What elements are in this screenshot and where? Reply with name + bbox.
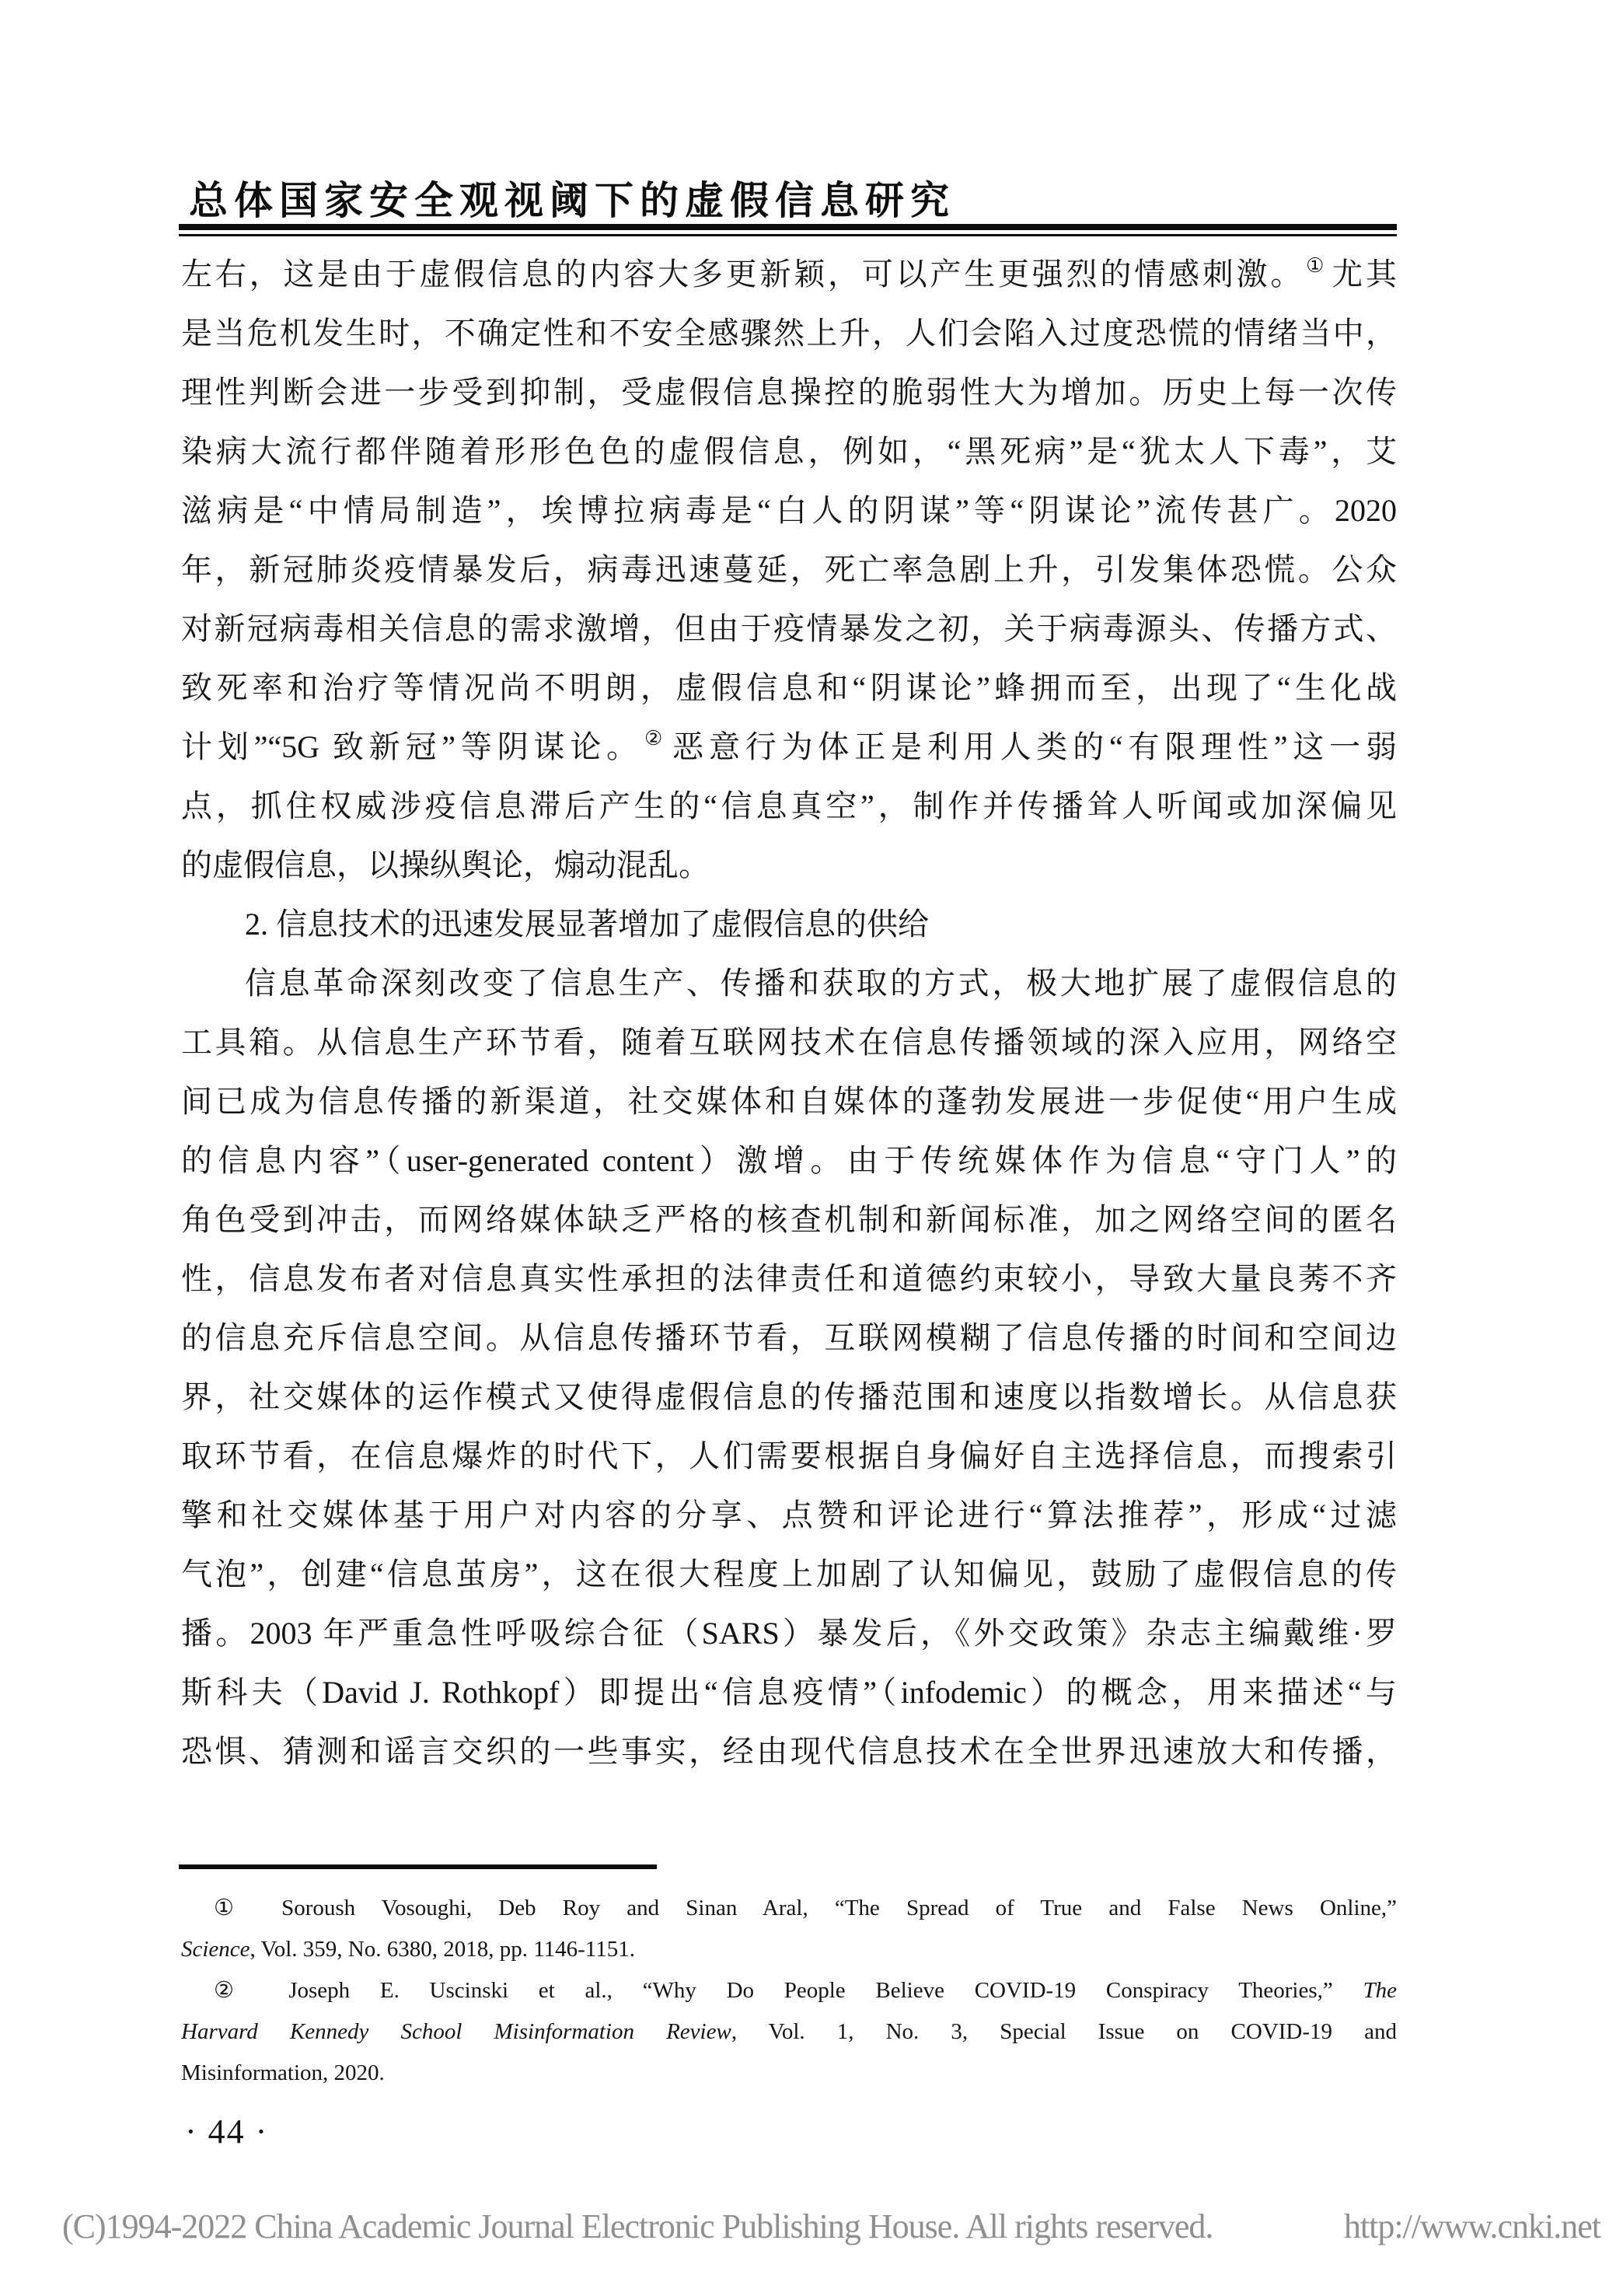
footnote-text: ② Joseph E. Uscinski et al., “Why Do Peo… xyxy=(214,1978,1363,2003)
body-line: 是当危机发生时，不确定性和不安全感骤然上升，人们会陷入过度恐慌的情绪当中， xyxy=(181,304,1397,363)
body-line: 滋病是“中情局制造”，埃博拉病毒是“白人的阴谋”等“阴谋论”流传甚广。2020 xyxy=(181,481,1397,540)
footnote-text: ① Soroush Vosoughi, Deb Roy and Sinan Ar… xyxy=(214,1896,1397,1920)
footnote-line: Science, Vol. 359, No. 6380, 2018, pp. 1… xyxy=(181,1929,1397,1970)
body-line: 角色受到冲击，而网络媒体缺乏严格的核查机制和新闻标准，加之网络空间的匿名 xyxy=(181,1190,1397,1249)
body-line-text: 尤其 xyxy=(1332,257,1397,292)
footnote-text: Misinformation, 2020. xyxy=(181,2060,385,2085)
footnote-ref-2: ② xyxy=(644,727,668,750)
footnotes: ① Soroush Vosoughi, Deb Roy and Sinan Ar… xyxy=(181,1888,1397,2094)
page-number: · 44 · xyxy=(185,2112,268,2151)
body-line: 性，信息发布者对信息真实性承担的法律责任和道德约束较小，导致大量良莠不齐 xyxy=(181,1249,1397,1309)
header-rule-thick xyxy=(179,224,1397,230)
body-line: 年，新冠肺炎疫情暴发后，病毒迅速蔓延，死亡率急剧上升，引发集体恐慌。公众 xyxy=(181,540,1397,599)
section-heading: 2. 信息技术的迅速发展显著增加了虚假信息的供给 xyxy=(181,895,1397,954)
body-line: 左右，这是由于虚假信息的内容大多更新颖，可以产生更强烈的情感刺激。①尤其 xyxy=(181,245,1397,304)
page-header-title: 总体国家安全观视阈下的虚假信息研究 xyxy=(189,169,955,225)
footnote-ref-1: ① xyxy=(1306,254,1327,277)
footnote-text: , Vol. 1, No. 3, Special Issue on COVID-… xyxy=(731,2019,1397,2044)
body-line-text: 恶意行为体正是利用人类的“有限理性”这一弱 xyxy=(672,729,1397,764)
footnote-line: ② Joseph E. Uscinski et al., “Why Do Peo… xyxy=(181,1970,1397,2011)
body-line: 工具箱。从信息生产环节看，随着互联网技术在信息传播领域的深入应用，网络空 xyxy=(181,1013,1397,1072)
footnote-line: Harvard Kennedy School Misinformation Re… xyxy=(181,2011,1397,2053)
footnote-line: Misinformation, 2020. xyxy=(181,2053,1397,2094)
body-line: 取环节看，在信息爆炸的时代下，人们需要根据自身偏好自主选择信息，而搜索引 xyxy=(181,1427,1397,1486)
body-line: 擎和社交媒体基于用户对内容的分享、点赞和评论进行“算法推荐”，形成“过滤 xyxy=(181,1486,1397,1545)
body-line: 信息革命深刻改变了信息生产、传播和获取的方式，极大地扩展了虚假信息的 xyxy=(181,954,1397,1013)
body-text: 左右，这是由于虚假信息的内容大多更新颖，可以产生更强烈的情感刺激。①尤其 是当危… xyxy=(181,245,1397,1781)
body-line: 点，抓住权威涉疫信息滞后产生的“信息真空”，制作并传播耸人听闻或加深偏见 xyxy=(181,777,1397,836)
body-line: 的信息内容”（user-generated content）激增。由于传统媒体作… xyxy=(181,1131,1397,1190)
footnote-line: ① Soroush Vosoughi, Deb Roy and Sinan Ar… xyxy=(181,1888,1397,1929)
journal-name: The xyxy=(1363,1978,1398,2003)
body-line: 的虚假信息，以操纵舆论，煽动混乱。 xyxy=(181,836,1397,895)
body-line: 的信息充斥信息空间。从信息传播环节看，互联网模糊了信息传播的时间和空间边 xyxy=(181,1309,1397,1368)
body-line: 播。2003 年严重急性呼吸综合征（SARS）暴发后，《外交政策》杂志主编戴维·… xyxy=(181,1604,1397,1663)
header-rule-thin xyxy=(179,234,1397,236)
body-line-text: 左右，这是由于虚假信息的内容大多更新颖，可以产生更强烈的情感刺激。 xyxy=(181,257,1304,292)
footnote-text: , Vol. 359, No. 6380, 2018, pp. 1146-115… xyxy=(250,1937,635,1962)
body-line: 恐惧、猜测和谣言交织的一些事实，经由现代信息技术在全世界迅速放大和传播， xyxy=(181,1722,1397,1781)
body-line: 间已成为信息传播的新渠道，社交媒体和自媒体的蓬勃发展进一步促使“用户生成 xyxy=(181,1072,1397,1131)
body-line: 染病大流行都伴随着形形色色的虚假信息，例如，“黑死病”是“犹太人下毒”，艾 xyxy=(181,422,1397,481)
body-line: 界，社交媒体的运作模式又使得虚假信息的传播范围和速度以指数增长。从信息获 xyxy=(181,1368,1397,1427)
copyright-text: (C)1994-2022 China Academic Journal Elec… xyxy=(62,2207,1213,2246)
journal-name: Harvard Kennedy School Misinformation Re… xyxy=(181,2019,731,2044)
site-url: http://www.cnki.net xyxy=(1344,2207,1600,2246)
body-line: 斯科夫（David J. Rothkopf）即提出“信息疫情”（infodemi… xyxy=(181,1663,1397,1722)
body-line: 致死率和治疗等情况尚不明朗，虚假信息和“阴谋论”蜂拥而至，出现了“生化战 xyxy=(181,659,1397,718)
journal-page: 总体国家安全观视阈下的虚假信息研究 左右，这是由于虚假信息的内容大多更新颖，可以… xyxy=(0,0,1616,2296)
journal-name: Science xyxy=(181,1937,250,1962)
body-line: 理性判断会进一步受到抑制，受虚假信息操控的脆弱性大为增加。历史上每一次传 xyxy=(181,363,1397,422)
body-line: 计划”“5G 致新冠”等阴谋论。②恶意行为体正是利用人类的“有限理性”这一弱 xyxy=(181,718,1397,777)
body-line-text: 计划”“5G 致新冠”等阴谋论。 xyxy=(181,729,643,764)
footnote-divider xyxy=(179,1864,657,1869)
copyright-footer: (C)1994-2022 China Academic Journal Elec… xyxy=(62,2207,1600,2246)
body-line: 对新冠病毒相关信息的需求激增，但由于疫情暴发之初，关于病毒源头、传播方式、 xyxy=(181,599,1397,659)
body-line: 气泡”，创建“信息茧房”，这在很大程度上加剧了认知偏见，鼓励了虚假信息的传 xyxy=(181,1545,1397,1604)
